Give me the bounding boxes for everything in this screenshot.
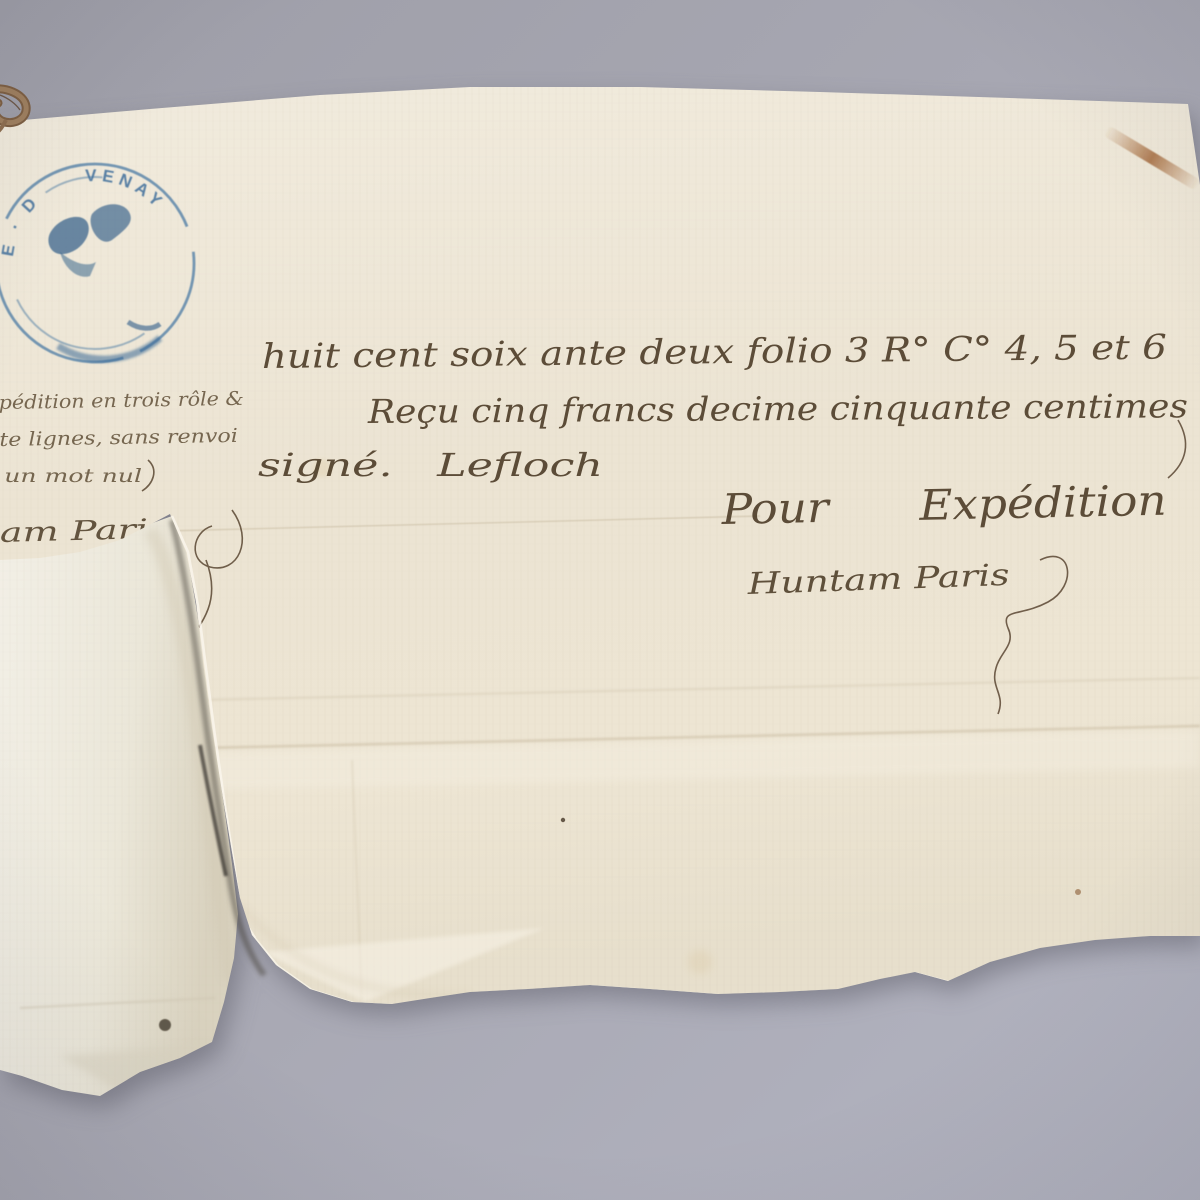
photo-vignette	[0, 0, 1200, 1200]
photo-of-document: E · D VENAY huit cent soix ante deux fol…	[0, 0, 1200, 1200]
document-photo-canvas: E · D VENAY huit cent soix ante deux fol…	[0, 0, 1200, 1200]
